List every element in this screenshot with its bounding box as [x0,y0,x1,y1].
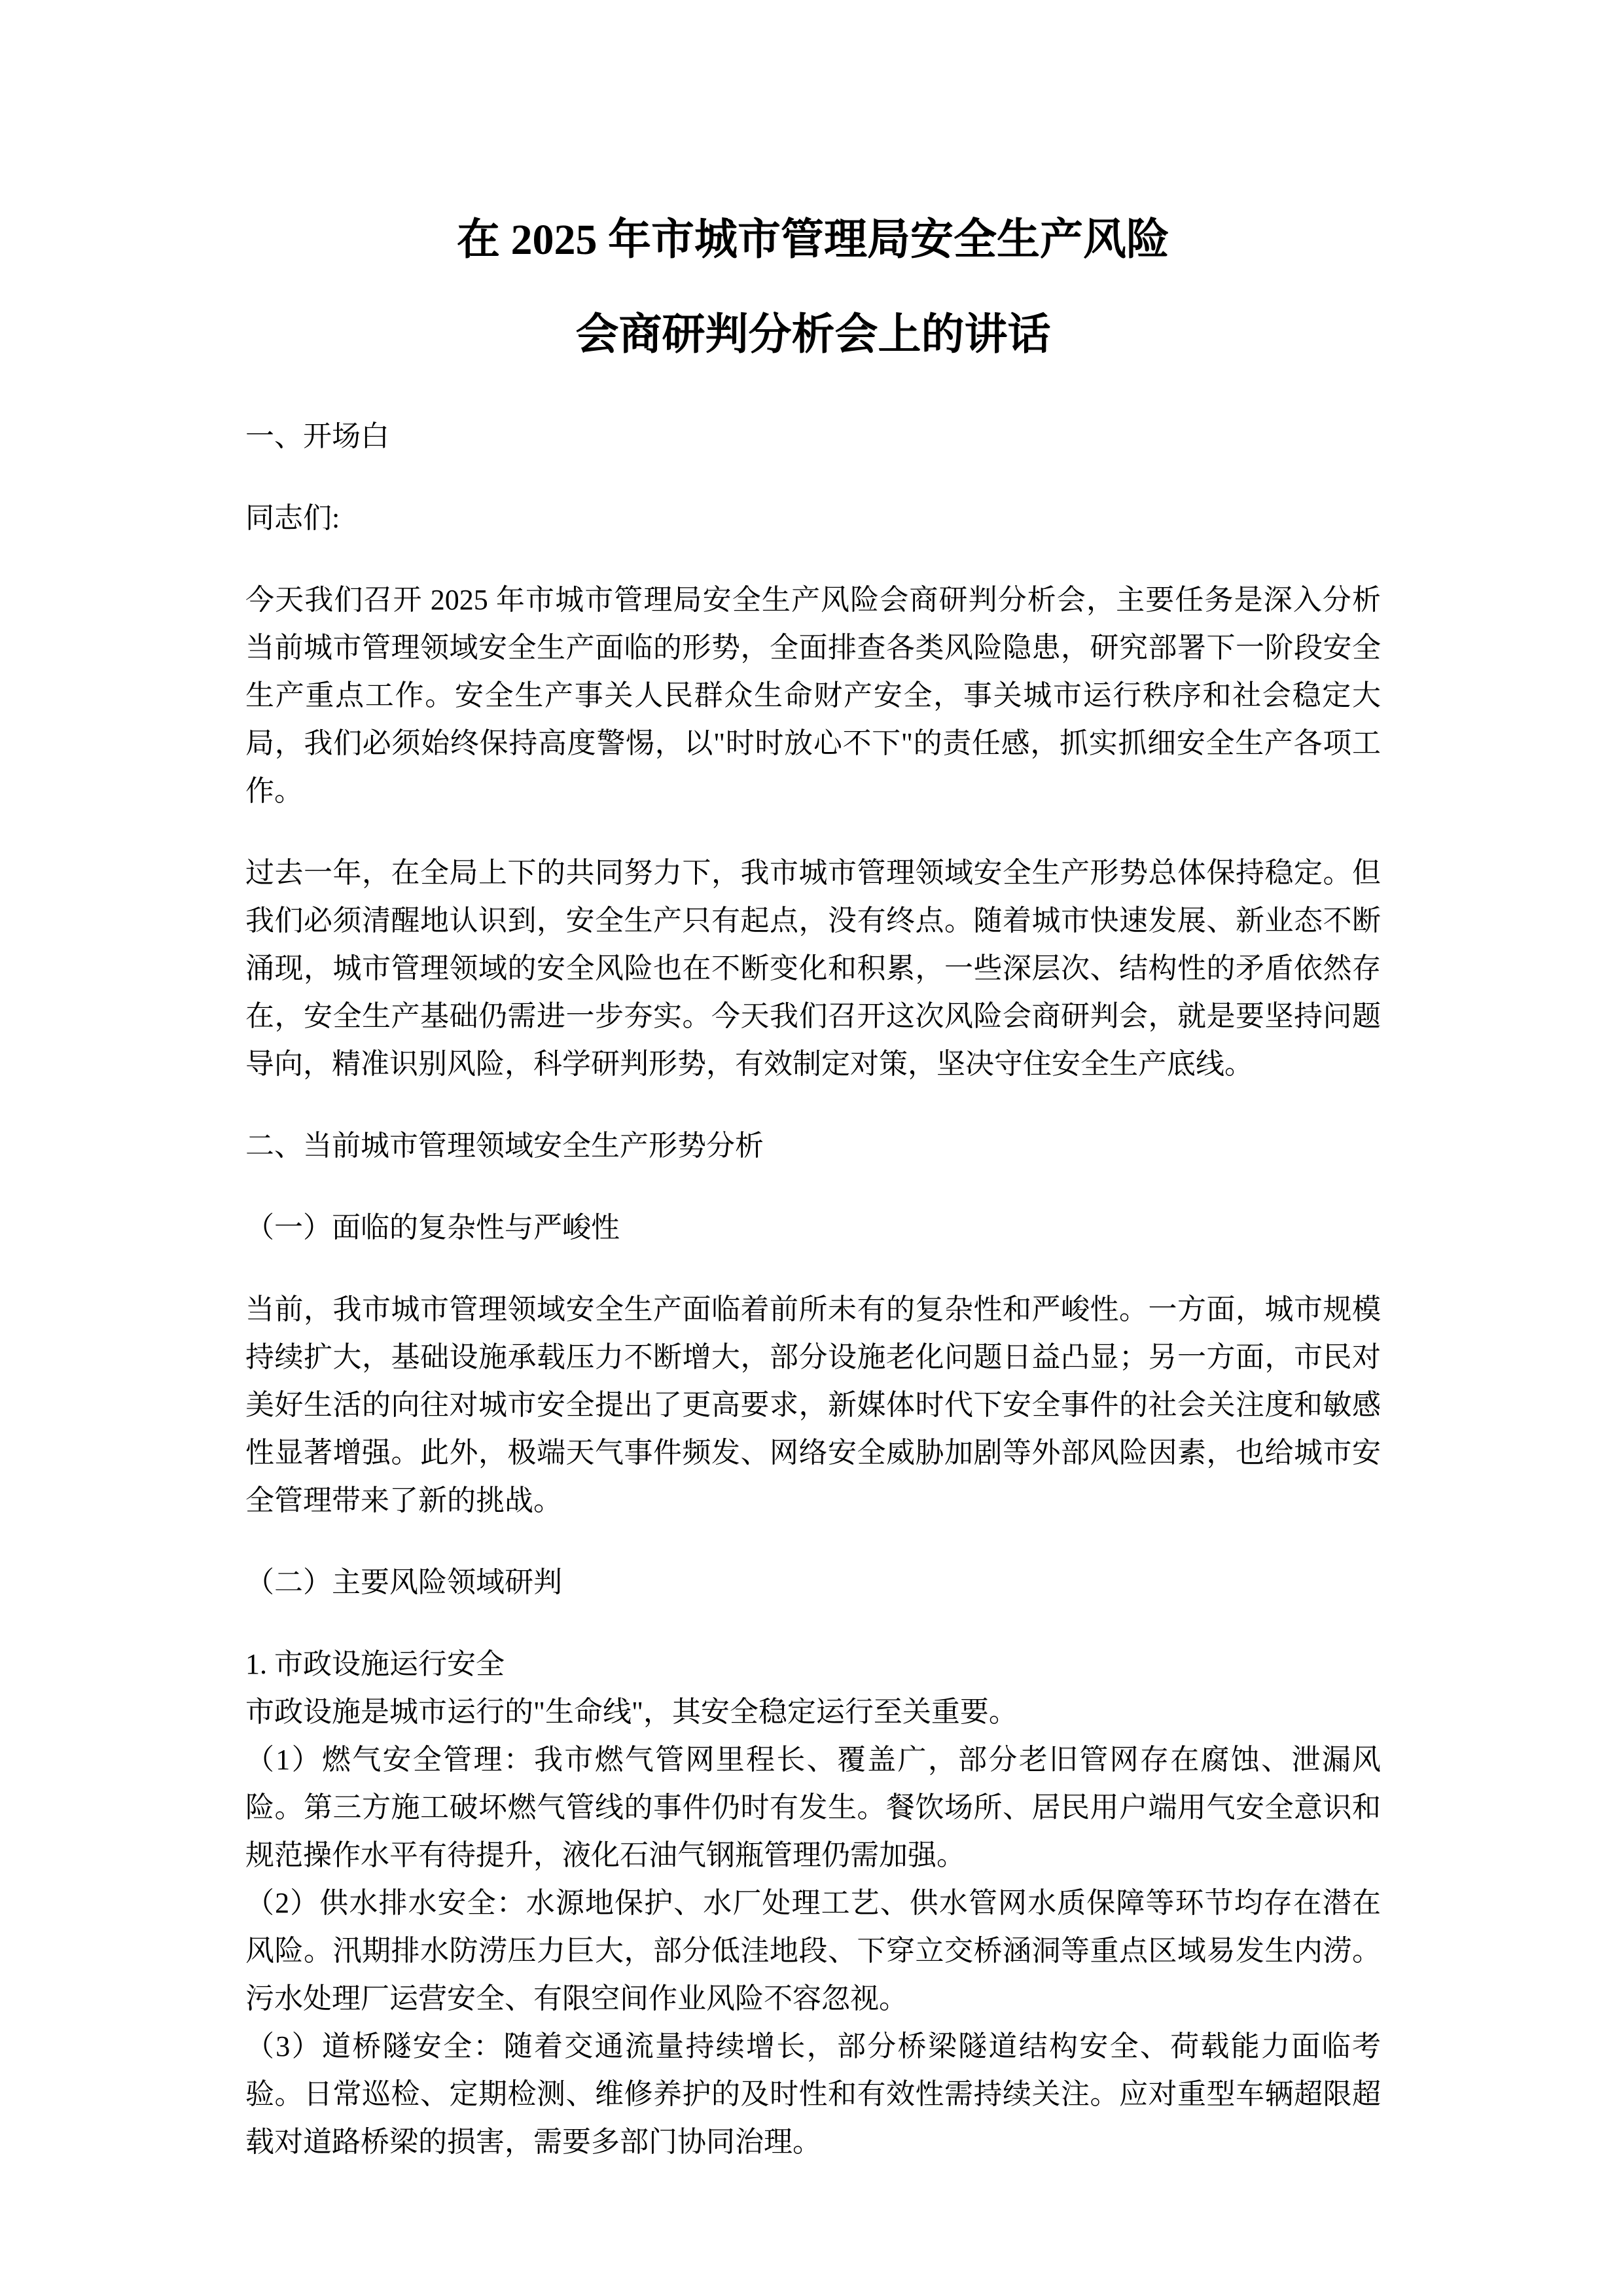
salutation: 同志们: [245,494,1381,542]
subsection-heading-risk-areas: （二）主要风险领域研判 [245,1558,1381,1606]
risk-area-1-intro: 市政设施是城市运行的"生命线"，其安全稳定运行至关重要。 [245,1688,1381,1736]
section-heading-situation: 二、当前城市管理领域安全生产形势分析 [245,1122,1381,1170]
risk-area-1-block: 1. 市政设施运行安全 市政设施是城市运行的"生命线"，其安全稳定运行至关重要。… [245,1640,1381,2166]
opening-paragraph-1: 今天我们召开 2025 年市城市管理局安全生产风险会商研判分析会，主要任务是深入… [245,576,1381,815]
risk-area-1-title: 1. 市政设施运行安全 [245,1640,1381,1688]
risk-area-1-item-bridge: （3）道桥隧安全：随着交通流量持续增长，部分桥梁隧道结构安全、荷载能力面临考验。… [245,2022,1381,2166]
subsection-heading-complexity: （一）面临的复杂性与严峻性 [245,1204,1381,1251]
complexity-paragraph: 当前，我市城市管理领域安全生产面临着前所未有的复杂性和严峻性。一方面，城市规模持… [245,1285,1381,1524]
document-title: 在 2025 年市城市管理局安全生产风险 会商研判分析会上的讲话 [245,192,1381,382]
section-heading-opening: 一、开场白 [245,412,1381,460]
risk-area-1-item-gas: （1）燃气安全管理：我市燃气管网里程长、覆盖广，部分老旧管网存在腐蚀、泄漏风险。… [245,1736,1381,1879]
document-title-line-2: 会商研判分析会上的讲话 [245,287,1381,382]
document-title-line-1: 在 2025 年市城市管理局安全生产风险 [245,192,1381,287]
risk-area-1-item-water: （2）供水排水安全：水源地保护、水厂处理工艺、供水管网水质保障等环节均存在潜在风… [245,1879,1381,2022]
document-page: 在 2025 年市城市管理局安全生产风险 会商研判分析会上的讲话 一、开场白 同… [0,0,1623,2296]
opening-paragraph-2: 过去一年，在全局上下的共同努力下，我市城市管理领域安全生产形势总体保持稳定。但我… [245,849,1381,1088]
